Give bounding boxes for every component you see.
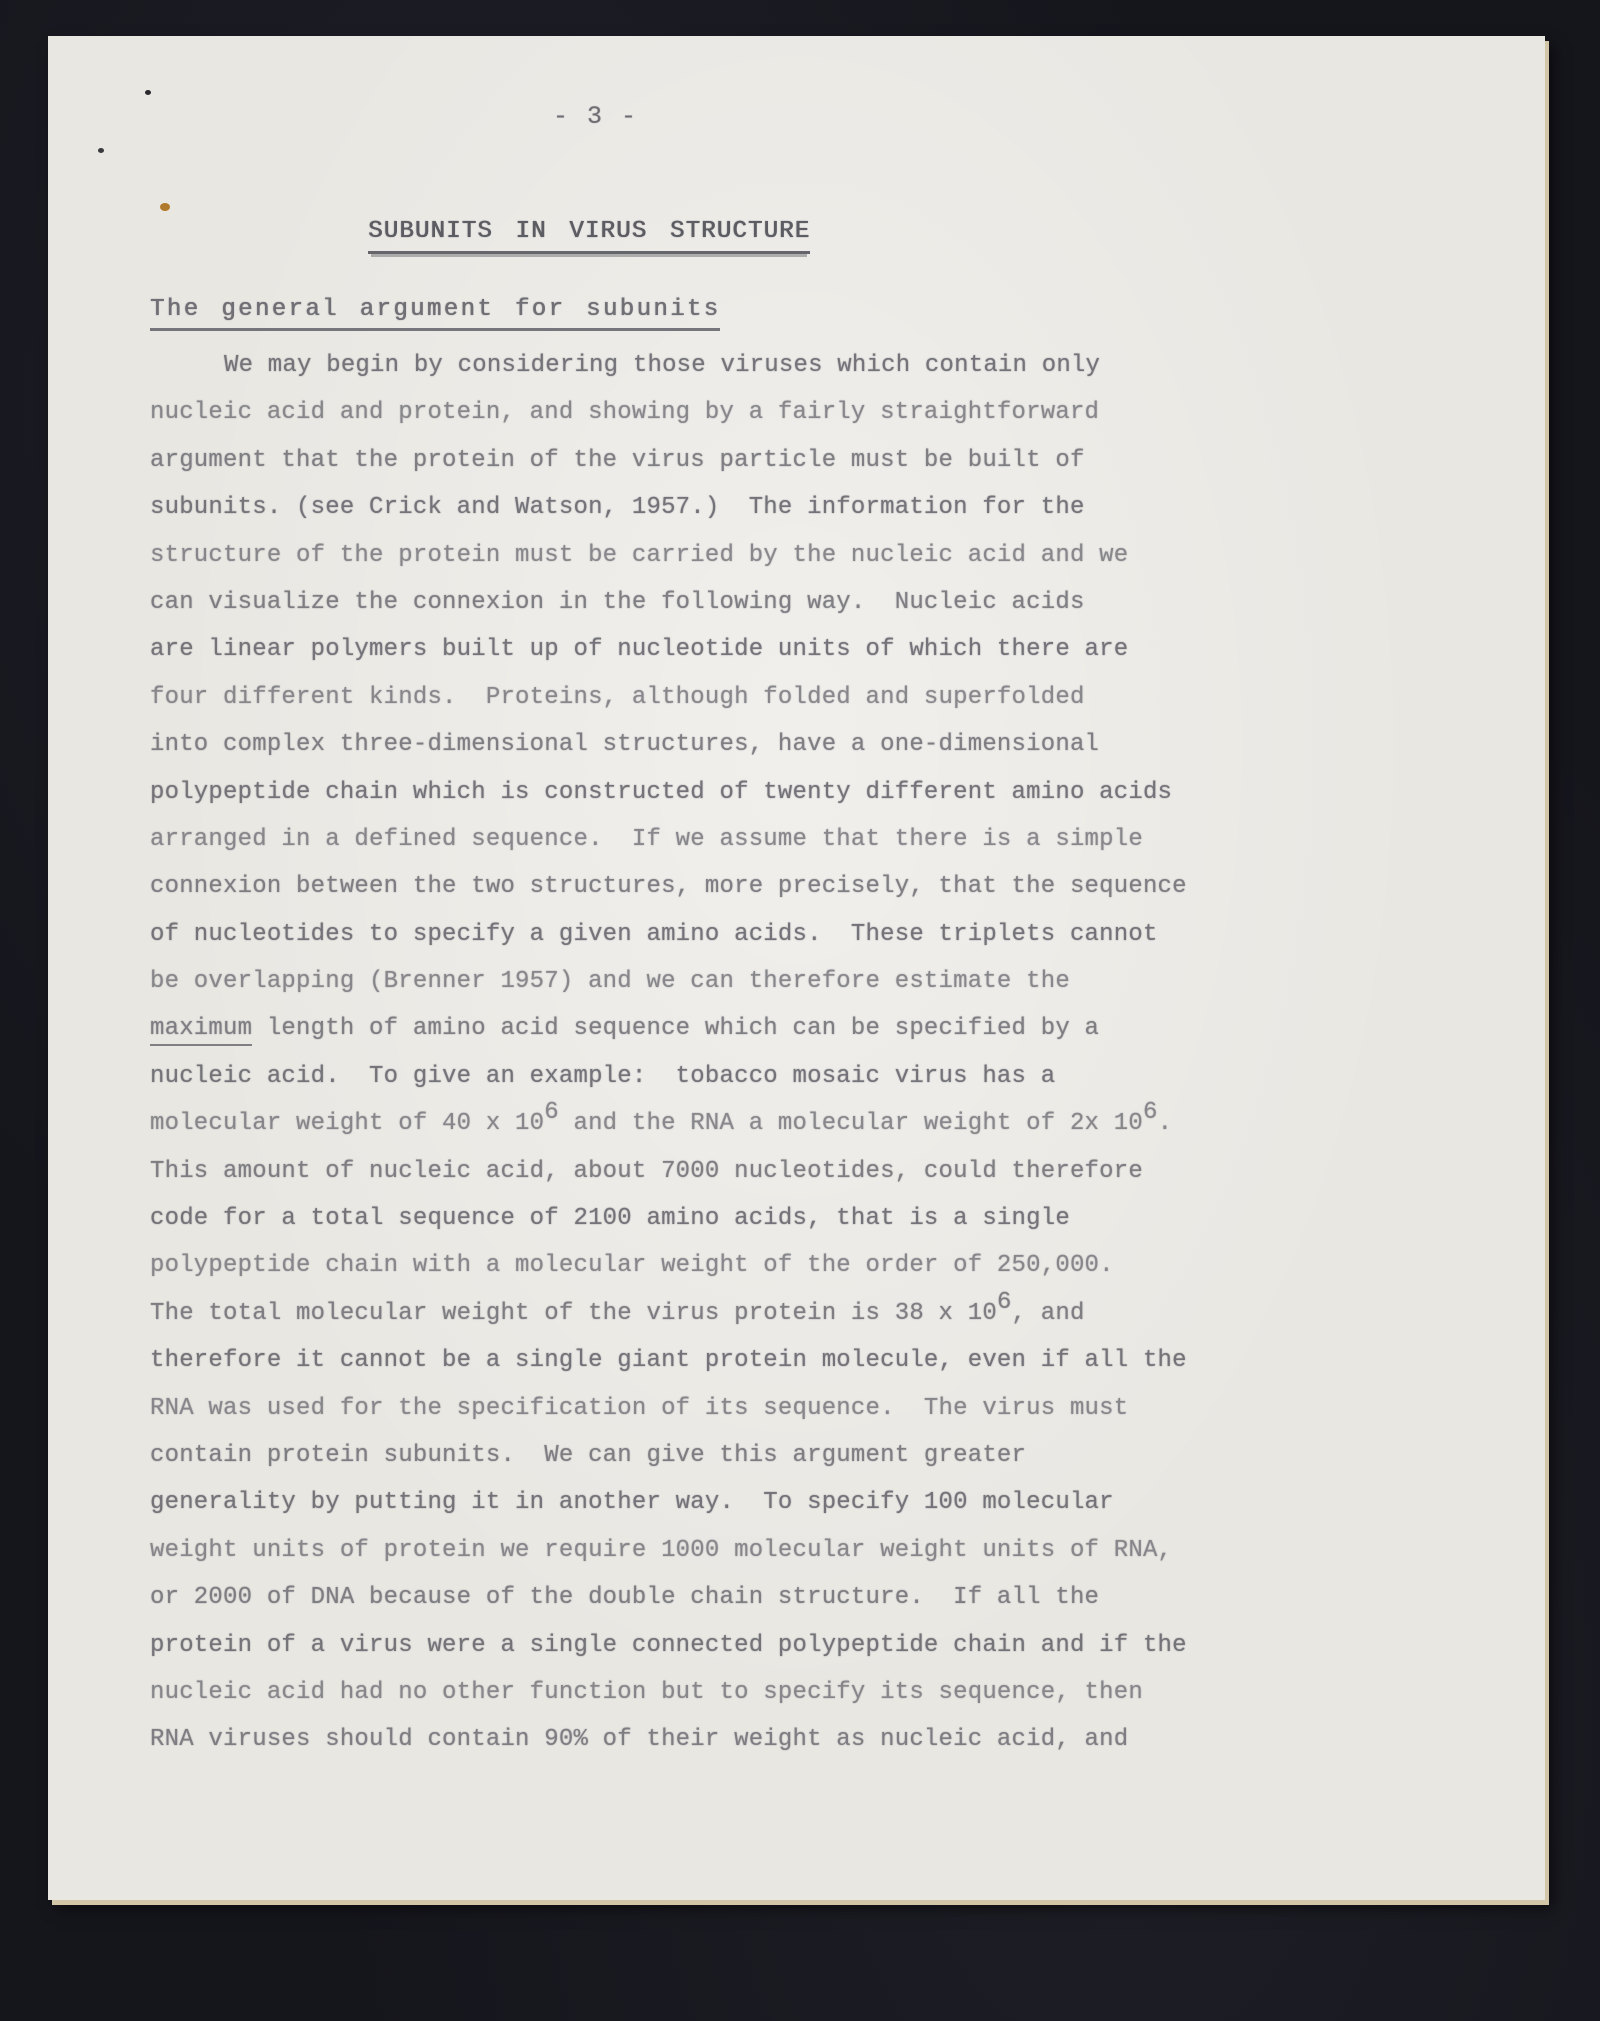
text-line: contain protein subunits. We can give th… bbox=[150, 1442, 1480, 1489]
text-segment: are linear polymers built up of nucleoti… bbox=[150, 636, 1128, 663]
paper-speck bbox=[98, 148, 104, 153]
text-line: maximum length of amino acid sequence wh… bbox=[150, 1015, 1480, 1062]
text-line: be overlapping (Brenner 1957) and we can… bbox=[150, 968, 1480, 1015]
text-segment: can visualize the connexion in the follo… bbox=[150, 589, 1085, 616]
body-text: We may begin by considering those viruse… bbox=[150, 352, 1480, 1774]
text-line: four different kinds. Proteins, although… bbox=[150, 684, 1480, 731]
text-line: nucleic acid. To give an example: tobacc… bbox=[150, 1063, 1480, 1110]
text-segment: subunits. (see Crick and Watson, 1957.) … bbox=[150, 494, 1085, 521]
text-line: code for a total sequence of 2100 amino … bbox=[150, 1205, 1480, 1252]
text-segment: This amount of nucleic acid, about 7000 … bbox=[150, 1158, 1143, 1185]
text-segment: of nucleotides to specify a given amino … bbox=[150, 921, 1158, 948]
text-segment: code for a total sequence of 2100 amino … bbox=[150, 1205, 1070, 1232]
text-line: or 2000 of DNA because of the double cha… bbox=[150, 1584, 1480, 1631]
text-line: polypeptide chain which is constructed o… bbox=[150, 779, 1480, 826]
text-line: connexion between the two structures, mo… bbox=[150, 873, 1480, 920]
text-segment: We may begin by considering those viruse… bbox=[224, 352, 1100, 379]
text-segment: generality by putting it in another way.… bbox=[150, 1489, 1114, 1516]
text-line: nucleic acid had no other function but t… bbox=[150, 1679, 1480, 1726]
page-title: SUBUNITS IN VIRUS STRUCTURE bbox=[368, 218, 810, 254]
superscript: 6 bbox=[1143, 1099, 1158, 1126]
text-line: arranged in a defined sequence. If we as… bbox=[150, 826, 1480, 873]
text-segment: nucleic acid had no other function but t… bbox=[150, 1679, 1143, 1706]
paper-speck bbox=[160, 203, 170, 211]
text-segment: protein of a virus were a single connect… bbox=[150, 1632, 1187, 1659]
text-segment: polypeptide chain which is constructed o… bbox=[150, 779, 1172, 806]
text-segment: connexion between the two structures, mo… bbox=[150, 873, 1187, 900]
text-segment: argument that the protein of the virus p… bbox=[150, 447, 1085, 474]
text-segment: nucleic acid. To give an example: tobacc… bbox=[150, 1063, 1055, 1090]
text-line: polypeptide chain with a molecular weigh… bbox=[150, 1252, 1480, 1299]
text-segment: and the RNA a molecular weight of 2x 10 bbox=[559, 1110, 1143, 1137]
text-line: generality by putting it in another way.… bbox=[150, 1489, 1480, 1536]
text-segment: molecular weight of 40 x 10 bbox=[150, 1110, 544, 1137]
text-segment: length of amino acid sequence which can … bbox=[252, 1015, 1099, 1042]
text-segment: four different kinds. Proteins, although… bbox=[150, 684, 1085, 711]
text-segment: into complex three-dimensional structure… bbox=[150, 731, 1099, 758]
superscript: 6 bbox=[544, 1099, 559, 1126]
text-segment: be overlapping (Brenner 1957) and we can… bbox=[150, 968, 1070, 995]
text-line: can visualize the connexion in the follo… bbox=[150, 589, 1480, 636]
text-segment: The total molecular weight of the virus … bbox=[150, 1300, 997, 1327]
text-line: therefore it cannot be a single giant pr… bbox=[150, 1347, 1480, 1394]
text-segment: structure of the protein must be carried… bbox=[150, 542, 1128, 569]
text-line: This amount of nucleic acid, about 7000 … bbox=[150, 1158, 1480, 1205]
text-line: are linear polymers built up of nucleoti… bbox=[150, 636, 1480, 683]
text-line: RNA was used for the specification of it… bbox=[150, 1395, 1480, 1442]
text-line: RNA viruses should contain 90% of their … bbox=[150, 1726, 1480, 1773]
text-segment: polypeptide chain with a molecular weigh… bbox=[150, 1252, 1114, 1279]
text-segment: nucleic acid and protein, and showing by… bbox=[150, 399, 1099, 426]
text-line: of nucleotides to specify a given amino … bbox=[150, 921, 1480, 968]
text-line: molecular weight of 40 x 106 and the RNA… bbox=[150, 1110, 1480, 1157]
text-line: into complex three-dimensional structure… bbox=[150, 731, 1480, 778]
text-segment: . bbox=[1158, 1110, 1173, 1137]
text-segment: arranged in a defined sequence. If we as… bbox=[150, 826, 1143, 853]
text-segment: RNA was used for the specification of it… bbox=[150, 1395, 1128, 1422]
text-segment: or 2000 of DNA because of the double cha… bbox=[150, 1584, 1099, 1611]
scan-background: - 3 - SUBUNITS IN VIRUS STRUCTURE The ge… bbox=[0, 0, 1600, 2021]
text-line: We may begin by considering those viruse… bbox=[150, 352, 1480, 399]
page-number: - 3 - bbox=[553, 102, 638, 131]
text-segment: weight units of protein we require 1000 … bbox=[150, 1537, 1172, 1564]
paper-speck bbox=[145, 90, 151, 95]
text-segment: RNA viruses should contain 90% of their … bbox=[150, 1726, 1128, 1753]
text-line: structure of the protein must be carried… bbox=[150, 542, 1480, 589]
superscript: 6 bbox=[997, 1289, 1012, 1316]
text-line: argument that the protein of the virus p… bbox=[150, 447, 1480, 494]
text-line: weight units of protein we require 1000 … bbox=[150, 1537, 1480, 1584]
text-line: protein of a virus were a single connect… bbox=[150, 1632, 1480, 1679]
text-line: nucleic acid and protein, and showing by… bbox=[150, 399, 1480, 446]
text-line: The total molecular weight of the virus … bbox=[150, 1300, 1480, 1347]
document-page: - 3 - SUBUNITS IN VIRUS STRUCTURE The ge… bbox=[48, 36, 1545, 1900]
underlined-word: maximum bbox=[150, 1015, 252, 1046]
text-segment: therefore it cannot be a single giant pr… bbox=[150, 1347, 1187, 1374]
text-line: subunits. (see Crick and Watson, 1957.) … bbox=[150, 494, 1480, 541]
section-heading: The general argument for subunits bbox=[150, 296, 720, 331]
text-segment: , and bbox=[1012, 1300, 1085, 1327]
text-segment: contain protein subunits. We can give th… bbox=[150, 1442, 1026, 1469]
